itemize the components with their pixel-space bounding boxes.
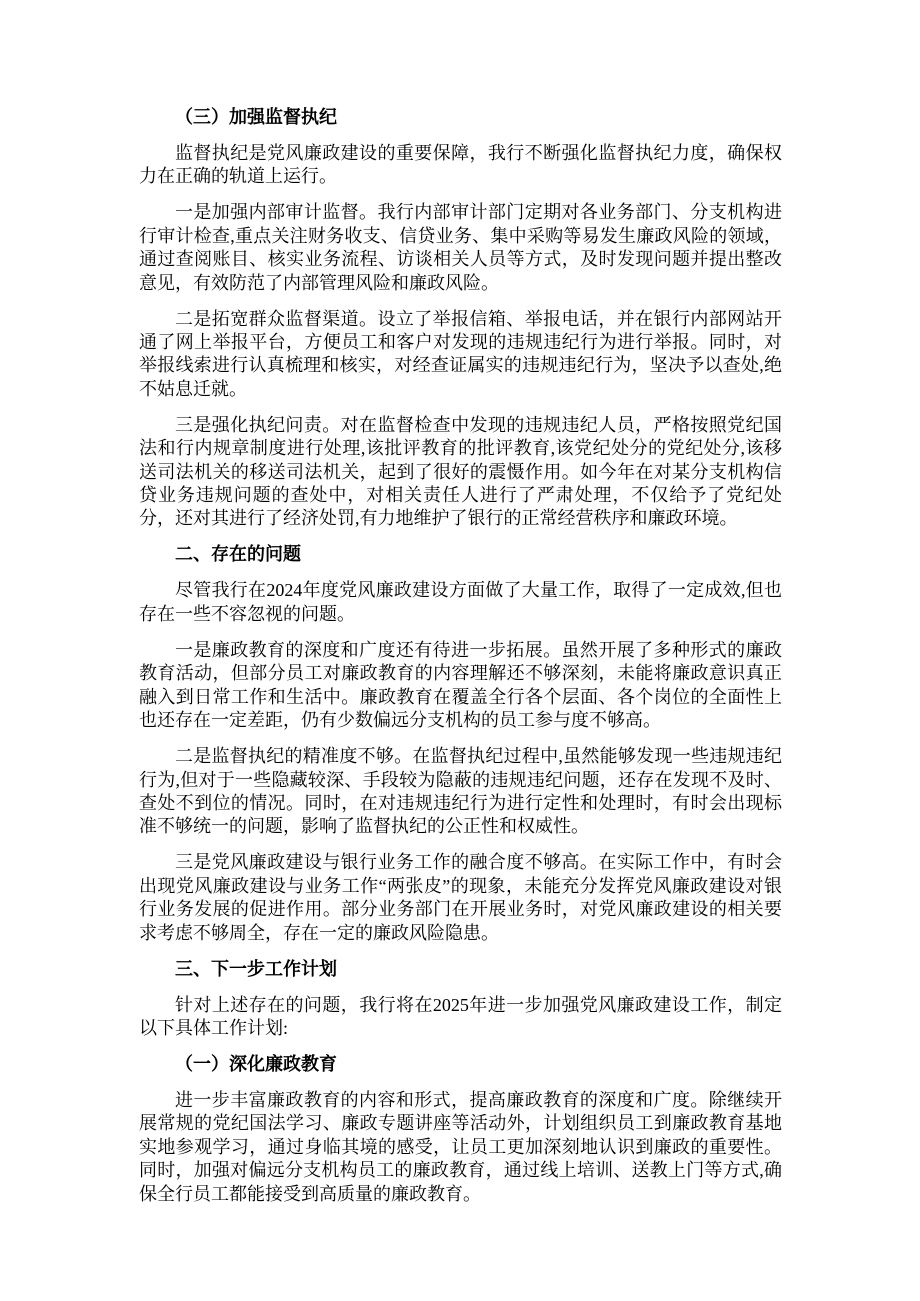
section-heading-strengthen-supervision: （三）加强监督执纪 <box>139 106 782 129</box>
paragraph-deepen-education-detail: 进一步丰富廉政教育的内容和形式，提高廉政教育的深度和广度。除继续开展常规的党纪国… <box>139 1089 782 1206</box>
paragraph-internal-audit: 一是加强内部审计监督。我行内部审计部门定期对各业务部门、分支机构进行审计检查,重… <box>139 201 782 295</box>
paragraph-problem-integration: 三是党风廉政建设与银行业务工作的融合度不够高。在实际工作中，有时会出现党风廉政建… <box>139 851 782 945</box>
paragraph-problem-education-depth: 一是廉政教育的深度和广度还有待进一步拓展。虽然开展了多种形式的廉政教育活动，但部… <box>139 639 782 733</box>
paragraph-problems-intro: 尽管我行在2024年度党风廉政建设方面做了大量工作，取得了一定成效,但也存在一些… <box>139 579 782 626</box>
paragraph-public-supervision-channels: 二是拓宽群众监督渠道。设立了举报信箱、举报电话，并在银行内部网站开通了网上举报平… <box>139 308 782 402</box>
paragraph-plan-intro: 针对上述存在的问题，我行将在2025年进一步加强党风廉政建设工作，制定以下具体工… <box>139 994 782 1041</box>
document-page: （三）加强监督执纪 监督执纪是党风廉政建设的重要保障，我行不断强化监督执纪力度，… <box>0 0 920 1301</box>
paragraph-problem-supervision-precision: 二是监督执纪的精准度不够。在监督执纪过程中,虽然能够发现一些违规违纪行为,但对于… <box>139 745 782 839</box>
section-heading-existing-problems: 二、存在的问题 <box>139 543 782 566</box>
paragraph-supervision-intro: 监督执纪是党风廉政建设的重要保障，我行不断强化监督执纪力度，确保权力在正确的轨道… <box>139 142 782 189</box>
section-heading-deepen-education: （一）深化廉政教育 <box>139 1053 782 1076</box>
paragraph-discipline-accountability: 三是强化执纪问责。对在监督检查中发现的违规违纪人员，严格按照党纪国法和行内规章制… <box>139 414 782 531</box>
section-heading-next-step-plan: 三、下一步工作计划 <box>139 958 782 981</box>
